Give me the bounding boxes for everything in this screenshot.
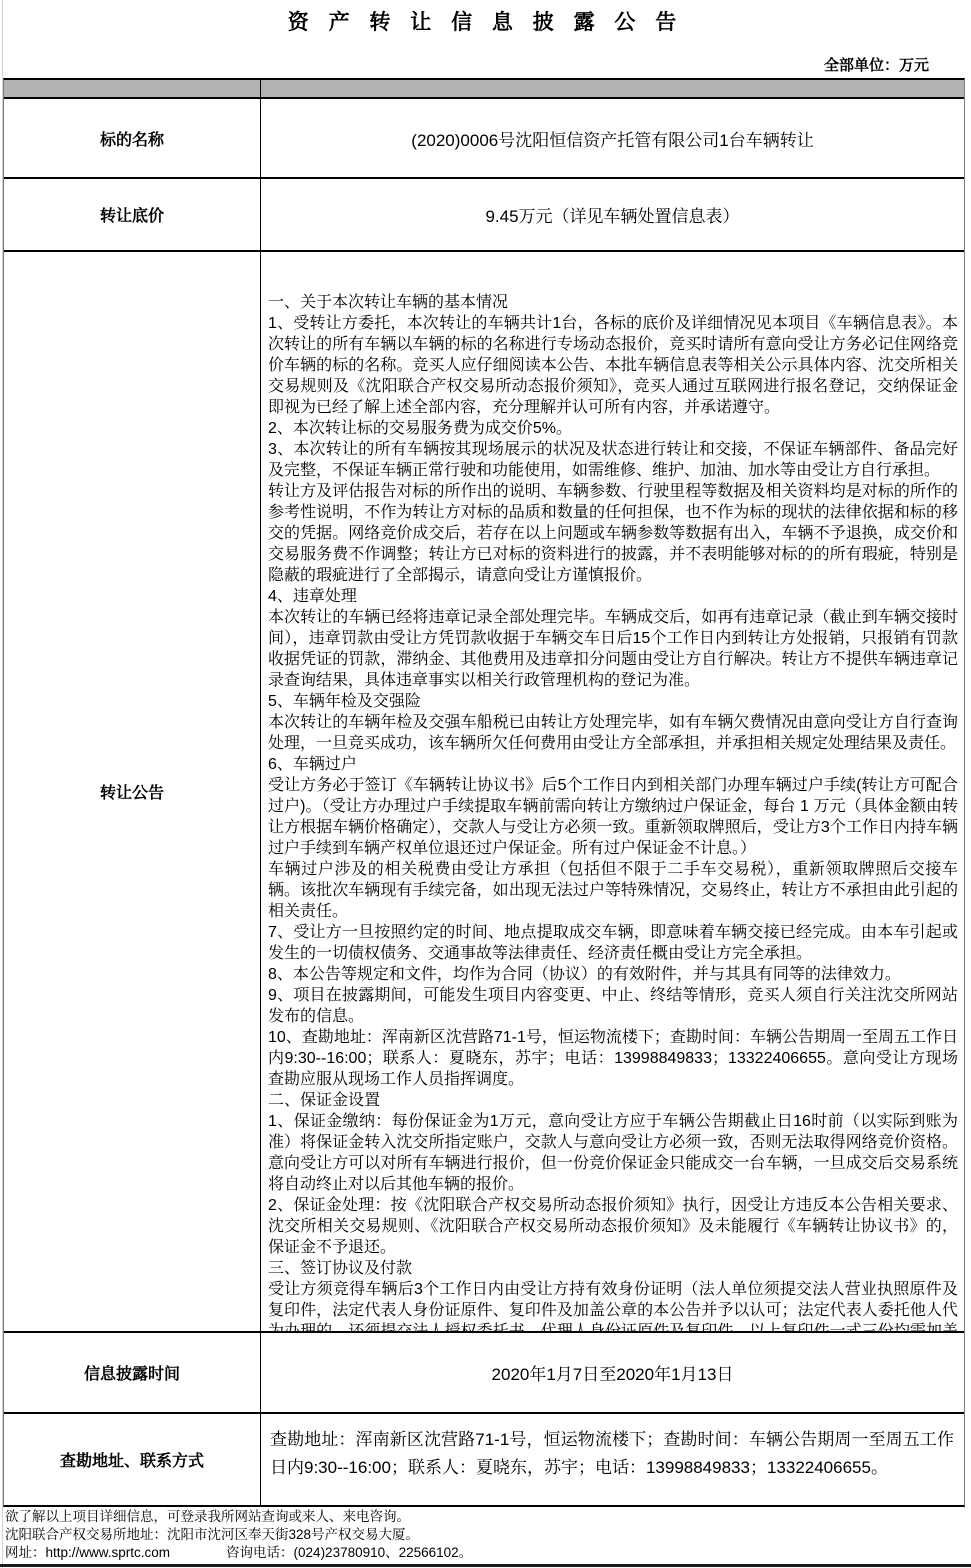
announcement-paragraph: 2、保证金处理：按《沈阳联合产权交易所动态报价须知》执行，因受让方违反本公告相关… (268, 1195, 958, 1258)
announcement-page: 资 产 转 让 信 息 披 露 公 告 全部单位：万元 标的名称 (2020)0… (0, 0, 971, 1568)
announcement-paragraph: 二、保证金设置 (268, 1090, 958, 1111)
transfer-announcement-body: 一、关于本次转让车辆的基本情况1、受转让方委托，本次转让的车辆共计1台，各标的底… (261, 252, 964, 1331)
announcement-paragraph: 一、关于本次转让车辆的基本情况 (268, 292, 958, 313)
header-band-label-cell (4, 80, 261, 97)
header-band-value-cell (261, 80, 964, 97)
disclosure-period-value: 2020年1月7日至2020年1月13日 (261, 1333, 964, 1412)
announcement-paragraph: 三、签订协议及付款 (268, 1258, 958, 1279)
transfer-base-price-label: 转让底价 (4, 179, 261, 250)
announcement-paragraph: 1、受转让方委托，本次转让的车辆共计1台，各标的底价及详细情况见本项目《车辆信息… (268, 313, 958, 418)
transfer-base-price-value: 9.45万元（详见车辆处置信息表） (261, 179, 964, 250)
table-row-disclosure-period: 信息披露时间 2020年1月7日至2020年1月13日 (4, 1333, 964, 1414)
unit-note: 全部单位：万元 (824, 54, 929, 75)
announcement-table: 标的名称 (2020)0006号沈阳恒信资产托管有限公司1台车辆转让 转让底价 … (3, 78, 965, 1507)
inspection-contact-value: 查勘地址：浑南新区沈营路71-1号，恒运物流楼下；查勘时间：车辆公告期周一至周五… (261, 1414, 964, 1505)
announcement-paragraph: 3、本次转让的所有车辆按其现场展示的状况及状态进行转让和交接，不保证车辆部件、备… (268, 439, 958, 481)
footer-info-line: 欲了解以上项目详细信息，可登录我所网站查询或来人、来电咨询。 (5, 1508, 965, 1526)
consult-phone: 咨询电话：(024)23780910、22566102。 (226, 1545, 472, 1560)
announcement-paragraph: 2、本次转让标的交易服务费为成交价5%。 (268, 418, 958, 439)
announcement-paragraph: 受让方须竞得车辆后3个工作日内由受让方持有效身份证明（法人单位须提交法人营业执照… (268, 1279, 958, 1331)
inspection-contact-label: 查勘地址、联系方式 (4, 1414, 261, 1505)
announcement-paragraph: 10、查勘地址：浑南新区沈营路71-1号，恒运物流楼下；查勘时间：车辆公告期周一… (268, 1027, 958, 1090)
announcement-paragraph: 转让方及评估报告对标的所作出的说明、车辆参数、行驶里程等数据及相关资料均是对标的… (268, 481, 958, 586)
announcement-paragraph: 5、车辆年检及交强险 (268, 691, 958, 712)
table-row-transfer-base-price: 转让底价 9.45万元（详见车辆处置信息表） (4, 179, 964, 252)
page-title: 资 产 转 让 信 息 披 露 公 告 (0, 6, 971, 36)
subject-name-label: 标的名称 (4, 99, 261, 177)
table-header-band (4, 80, 964, 99)
announcement-paragraph: 7、受让方一旦按照约定的时间、地点提取成交车辆，即意味着车辆交接已经完成。由本车… (268, 922, 958, 964)
announcement-paragraph: 8、本公告等规定和文件，均作为合同（协议）的有效附件，并与其具有同等的法律效力。 (268, 964, 958, 985)
announcement-paragraph: 本次转让的车辆已经将违章记录全部处理完毕。车辆成交后，如再有违章记录（截止到车辆… (268, 607, 958, 691)
footer-address-line: 沈阳联合产权交易所地址：沈阳市沈河区奉天街328号产权交易大厦。 (5, 1526, 965, 1544)
announcement-paragraph: 4、违章处理 (268, 586, 958, 607)
subject-name-value: (2020)0006号沈阳恒信资产托管有限公司1台车辆转让 (261, 99, 964, 177)
announcement-paragraph: 9、项目在披露期间，可能发生项目内容变更、中止、终结等情形，竞买人须自行关注沈交… (268, 985, 958, 1027)
announcement-paragraph: 受让方务必于签订《车辆转让协议书》后5个工作日内到相关部门办理车辆过户手续(转让… (268, 775, 958, 859)
bottom-border-line (0, 1564, 971, 1567)
announcement-paragraph: 1、保证金缴纳：每份保证金为1万元，意向受让方应于车辆公告期截止日16时前（以实… (268, 1111, 958, 1195)
table-row-subject-name: 标的名称 (2020)0006号沈阳恒信资产托管有限公司1台车辆转让 (4, 99, 964, 179)
announcement-paragraph: 车辆过户涉及的相关税费由受让方承担（包括但不限于二手车交易税），重新领取牌照后交… (268, 859, 958, 922)
announcement-paragraph: 6、车辆过户 (268, 754, 958, 775)
transfer-announcement-label: 转让公告 (4, 252, 261, 1331)
website-url: 网址：http://www.sprtc.com (5, 1545, 170, 1560)
page-footer: 欲了解以上项目详细信息，可登录我所网站查询或来人、来电咨询。 沈阳联合产权交易所… (5, 1508, 965, 1562)
announcement-paragraph: 本次转让的车辆年检及交强车船税已由转让方处理完毕，如有车辆欠费情况由意向受让方自… (268, 712, 958, 754)
table-row-inspection-contact: 查勘地址、联系方式 查勘地址：浑南新区沈营路71-1号，恒运物流楼下；查勘时间：… (4, 1414, 964, 1505)
table-row-transfer-announcement: 转让公告 一、关于本次转让车辆的基本情况1、受转让方委托，本次转让的车辆共计1台… (4, 252, 964, 1333)
footer-contact-line: 网址：http://www.sprtc.com咨询电话：(024)2378091… (5, 1544, 965, 1562)
disclosure-period-label: 信息披露时间 (4, 1333, 261, 1412)
